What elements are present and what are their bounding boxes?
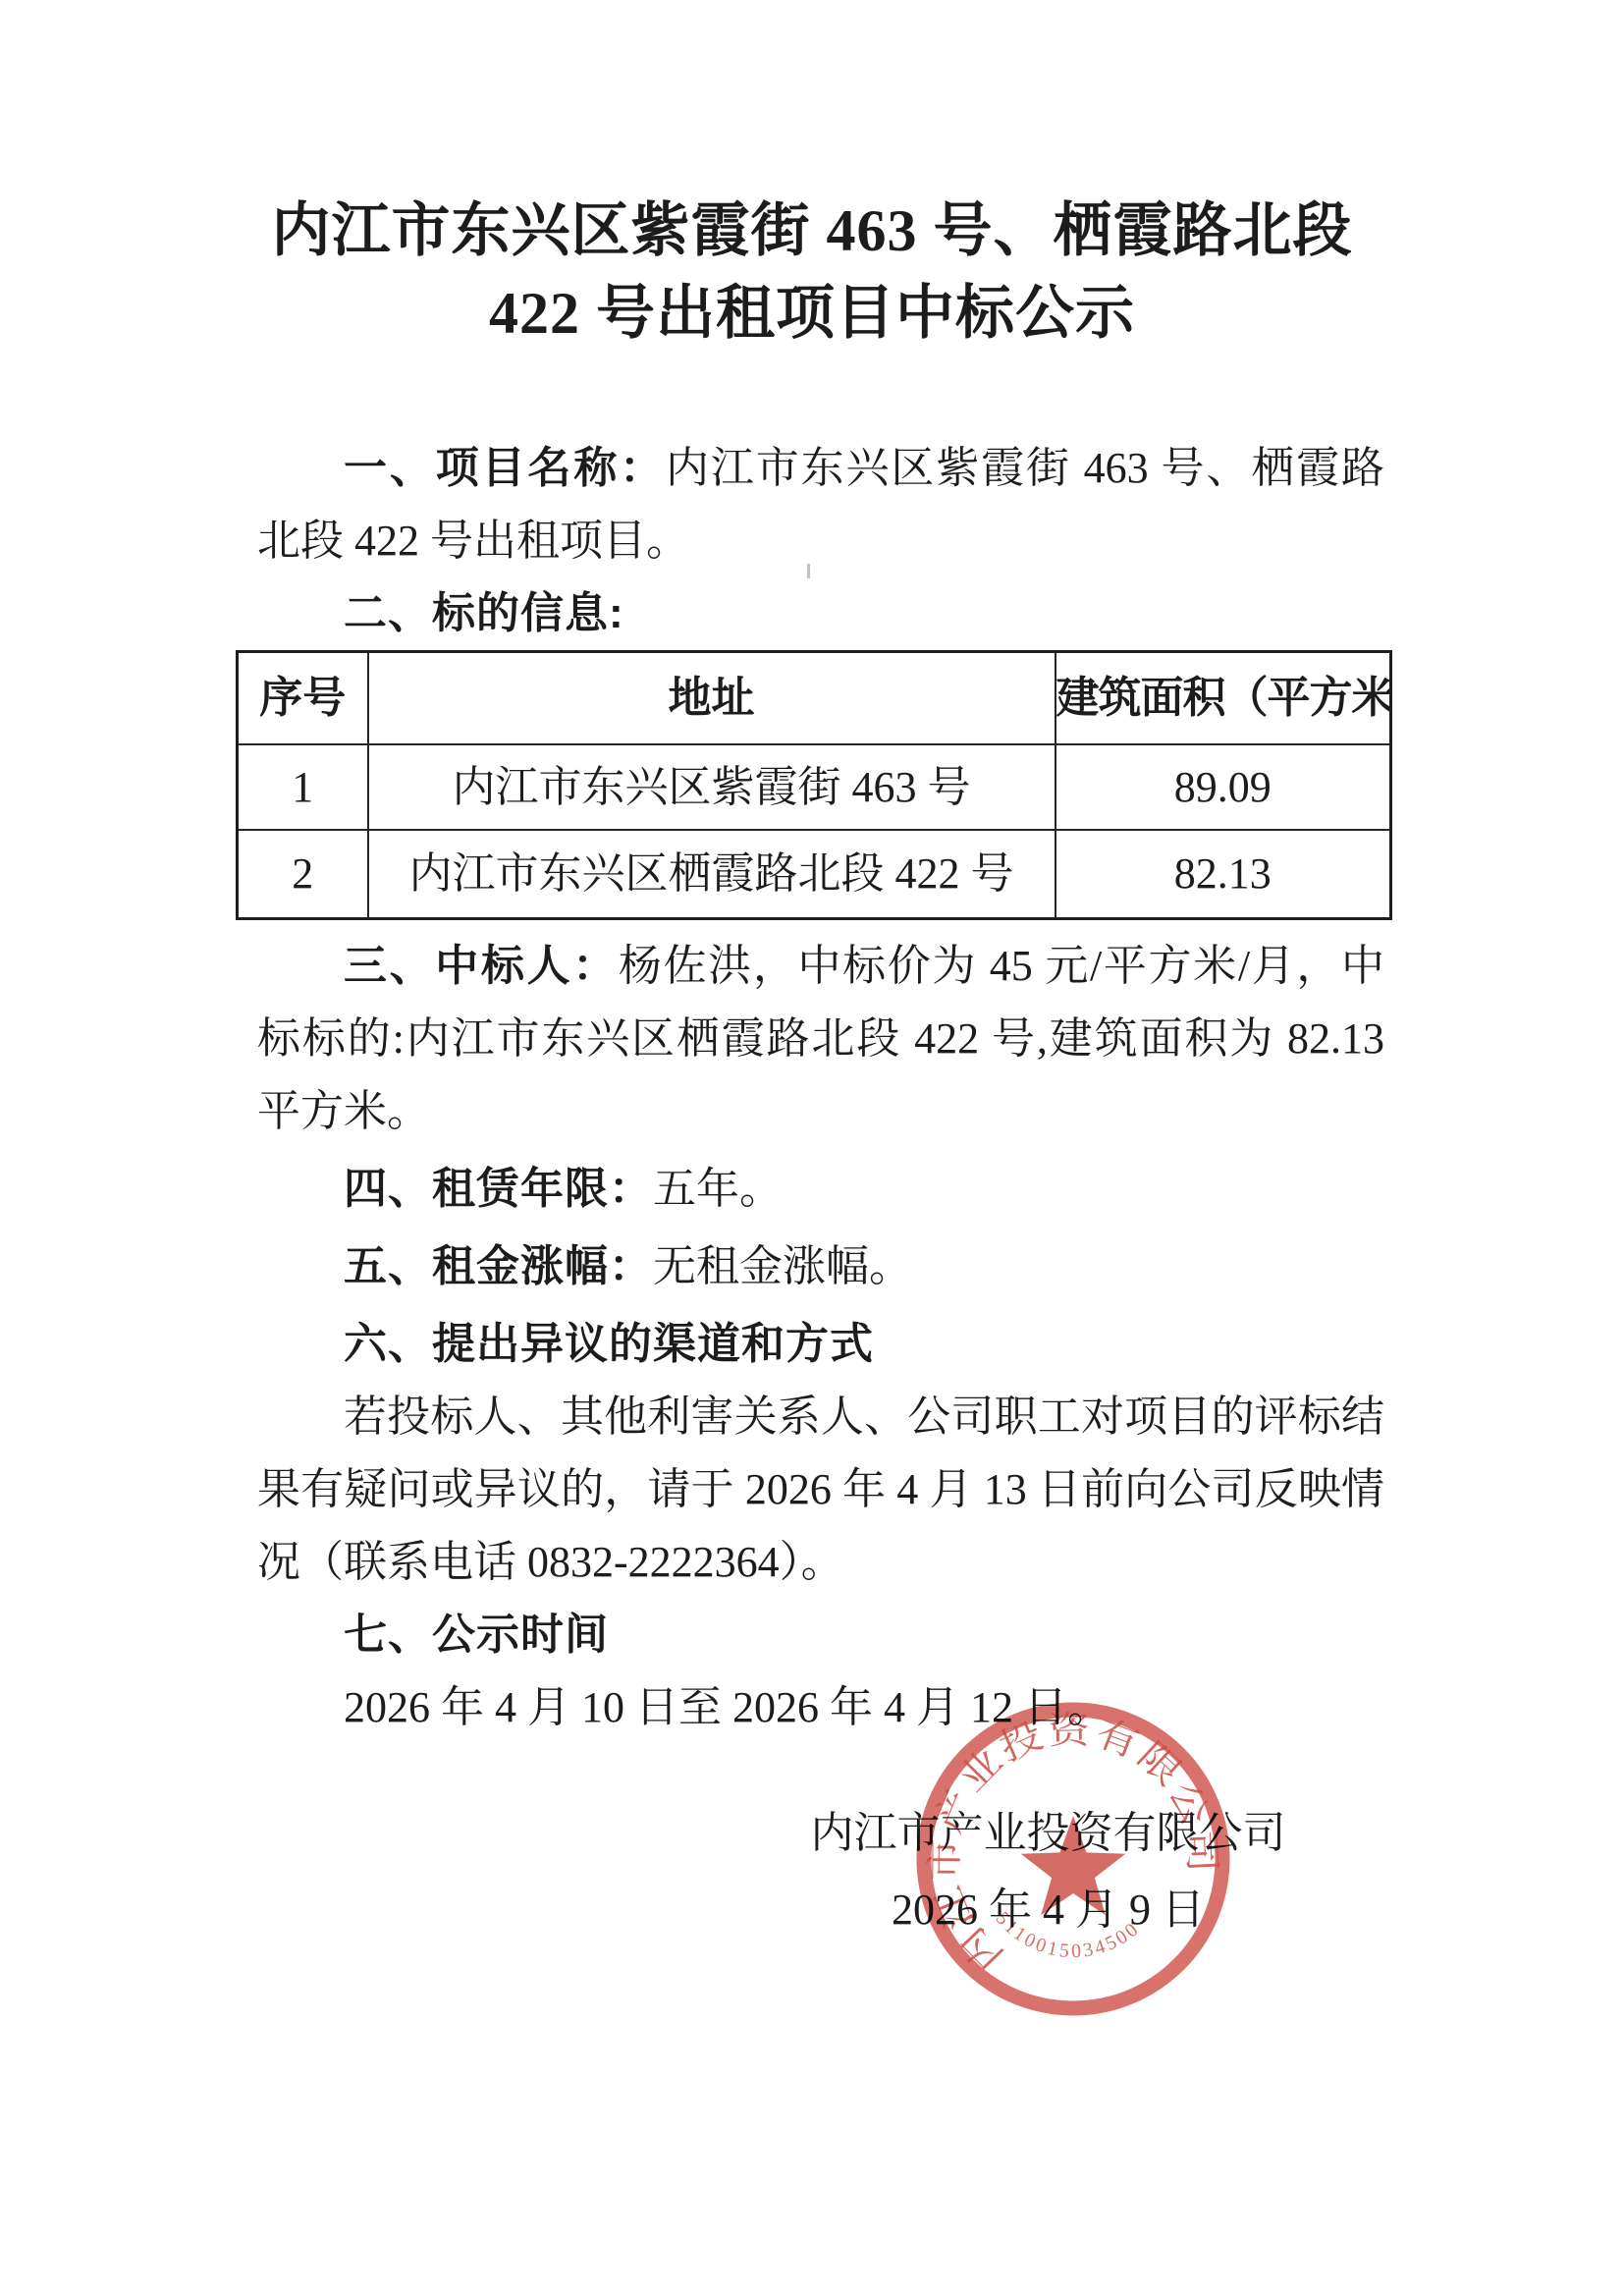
- table-row: 1 内江市东兴区紫霞街 463 号 89.09: [238, 744, 1391, 830]
- section-objection-text: 若投标人、其他利害关系人、公司职工对项目的评标结果有疑问或异议的，请于 2026…: [257, 1381, 1384, 1599]
- table-cell-index: 1: [238, 744, 368, 830]
- section-rent-increase-label: 五、租金涨幅：: [344, 1242, 653, 1290]
- notice-body: 一、项目名称：内江市东兴区紫霞街 463 号、栖霞路北段 422 号出租项目。 …: [257, 432, 1384, 1744]
- table-cell-address: 内江市东兴区紫霞街 463 号: [368, 744, 1056, 830]
- section-subject-info: 二、标的信息:: [257, 577, 1384, 650]
- section-publicity-period: 七、公示时间: [257, 1599, 1384, 1671]
- page-title: 内江市东兴区紫霞街 463 号、栖霞路北段 422 号出租项目中标公示: [118, 190, 1506, 355]
- table-cell-index: 2: [238, 830, 368, 919]
- title-line-2: 422 号出租项目中标公示: [118, 272, 1506, 355]
- table-cell-area: 89.09: [1056, 744, 1391, 830]
- section-objection-channel-label: 六、提出异议的渠道和方式: [344, 1320, 874, 1368]
- title-line-1: 内江市东兴区紫霞街 463 号、栖霞路北段: [118, 190, 1506, 272]
- table-header-address: 地址: [368, 652, 1056, 745]
- section-project-name: 一、项目名称：内江市东兴区紫霞街 463 号、栖霞路北段 422 号出租项目。: [257, 432, 1384, 577]
- signature-company: 内江市产业投资有限公司: [805, 1795, 1291, 1872]
- section-rent-increase-text: 无租金涨幅。: [653, 1242, 912, 1290]
- section-rent-increase: 五、租金涨幅：无租金涨幅。: [257, 1230, 1384, 1303]
- table-cell-area: 82.13: [1056, 830, 1391, 919]
- section-publicity-period-label: 七、公示时间: [344, 1611, 609, 1659]
- section-lease-term-text: 五年。: [653, 1165, 783, 1213]
- subject-info-table: 序号 地址 建筑面积（平方米） 1 内江市东兴区紫霞街 463 号 89.09 …: [236, 650, 1392, 920]
- table-header-row: 序号 地址 建筑面积（平方米）: [238, 652, 1391, 745]
- section-subject-info-label: 二、标的信息:: [344, 589, 624, 637]
- notice-page: 内江市东兴区紫霞街 463 号、栖霞路北段 422 号出租项目中标公示 一、项目…: [0, 0, 1624, 2296]
- signature-date: 2026 年 4 月 9 日: [805, 1872, 1291, 1948]
- section-winner: 三、中标人：杨佐洪，中标价为 45 元/平方米/月，中标标的:内江市东兴区栖霞路…: [257, 930, 1384, 1148]
- table-header-area: 建筑面积（平方米）: [1056, 652, 1391, 745]
- table-row: 2 内江市东兴区栖霞路北段 422 号 82.13: [238, 830, 1391, 919]
- publicity-period-dates: 2026 年 4 月 10 日至 2026 年 4 月 12 日。: [257, 1671, 1384, 1744]
- section-project-name-label: 一、项目名称：: [344, 444, 666, 492]
- table-header-index: 序号: [238, 652, 368, 745]
- section-lease-term: 四、租赁年限：五年。: [257, 1153, 1384, 1226]
- section-lease-term-label: 四、租赁年限：: [344, 1165, 653, 1213]
- signature-block: 内江市产业投资有限公司 2026 年 4 月 9 日: [805, 1795, 1291, 1948]
- table-cell-address: 内江市东兴区栖霞路北段 422 号: [368, 830, 1056, 919]
- section-winner-label: 三、中标人：: [344, 942, 619, 990]
- section-objection-channel: 六、提出异议的渠道和方式: [257, 1308, 1384, 1381]
